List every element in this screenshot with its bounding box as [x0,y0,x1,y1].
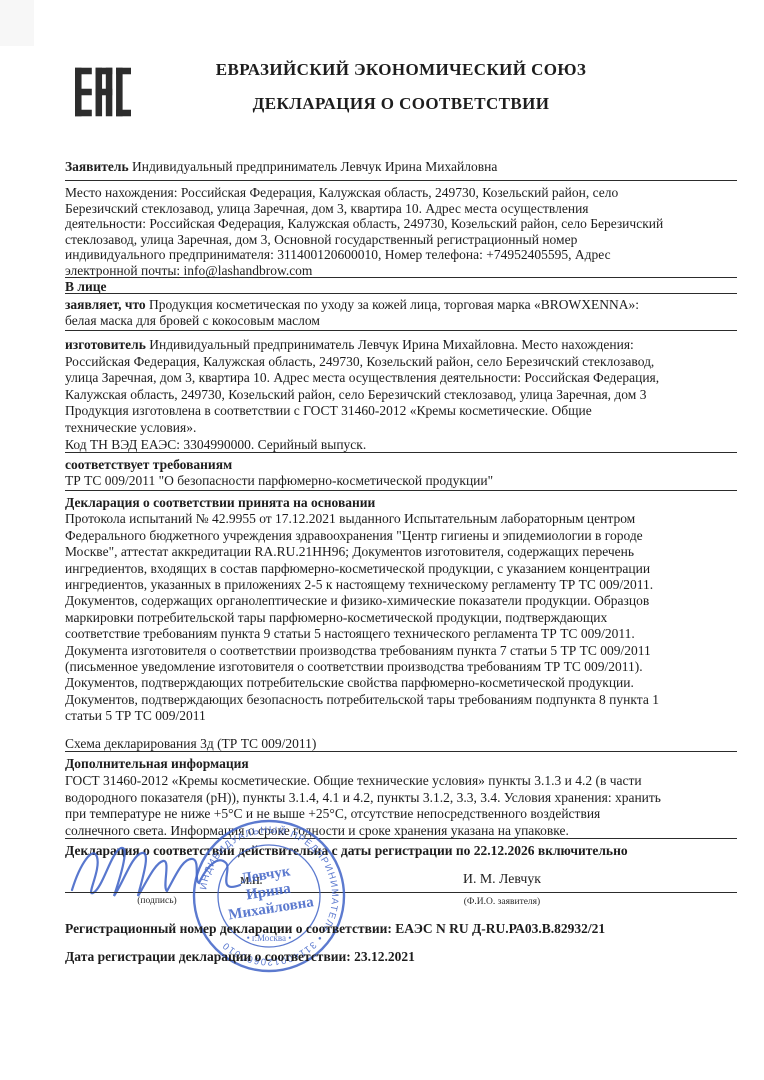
applicant-name-caption: (Ф.И.О. заявителя) [402,897,602,907]
signature-line [65,892,737,893]
registration-number-line: Регистрационный номер декларации о соотв… [65,921,737,937]
applicant-row: Заявитель Индивидуальный предприниматель… [65,159,737,175]
divider [65,277,737,278]
divider [65,180,737,181]
applicant-label: Заявитель [65,159,129,174]
applicant-details-text: Место нахождения: Российская Федерация, … [65,185,663,278]
basis-text: Протокола испытаний № 42.9955 от 17.12.2… [65,511,659,723]
declares-row: заявляет, что Продукция косметическая по… [65,297,737,329]
divider [65,751,737,752]
page-title: ДЕКЛАРАЦИЯ О СООТВЕТСТВИИ [65,94,737,114]
union-title: ЕВРАЗИЙСКИЙ ЭКОНОМИЧЕСКИЙ СОЮЗ [65,60,737,80]
signature-caption: (подпись) [112,896,202,906]
manufacturer-text: Индивидуальный предприниматель Левчук Ир… [65,337,659,435]
declares-text: Продукция косметическая по уходу за коже… [65,297,639,328]
divider [65,293,737,294]
applicant-signature-name: И. М. Левчук [402,871,602,887]
scan-artifact [0,0,34,46]
registration-date-line: Дата регистрации декларации о соответств… [65,949,737,965]
basis-label: Декларация о соответствии принята на осн… [65,495,737,511]
additional-info-row: Дополнительная информация ГОСТ 31460-201… [65,756,737,840]
complies-row: соответствует требованиям ТР ТС 009/2011… [65,457,737,489]
divider [65,452,737,453]
additional-info-text: ГОСТ 31460-2012 «Кремы косметические. Об… [65,773,661,838]
additional-info-label: Дополнительная информация [65,756,737,773]
scheme-line: Схема декларирования 3д (ТР ТС 009/2011) [65,736,737,752]
declaration-document: ЕВРАЗИЙСКИЙ ЭКОНОМИЧЕСКИЙ СОЮЗ ДЕКЛАРАЦИ… [0,0,764,1080]
declares-label: заявляет, что [65,297,146,312]
basis-row: Декларация о соответствии принята на осн… [65,495,737,725]
complies-label: соответствует требованиям [65,457,737,473]
in-person-label: В лице [65,279,107,294]
divider [65,490,737,491]
applicant-value: Индивидуальный предприниматель Левчук Ир… [132,159,497,174]
applicant-details: Место нахождения: Российская Федерация, … [65,185,737,279]
tnved-code-line: Код ТН ВЭД ЕАЭС: 3304990000. Серийный вы… [65,437,737,453]
manufacturer-row: изготовитель Индивидуальный предпринимат… [65,337,737,437]
document-header: ЕВРАЗИЙСКИЙ ЭКОНОМИЧЕСКИЙ СОЮЗ ДЕКЛАРАЦИ… [65,60,737,114]
manufacturer-label: изготовитель [65,337,146,352]
complies-text: ТР ТС 009/2011 "О безопасности парфюмерн… [65,473,493,488]
divider [65,330,737,331]
